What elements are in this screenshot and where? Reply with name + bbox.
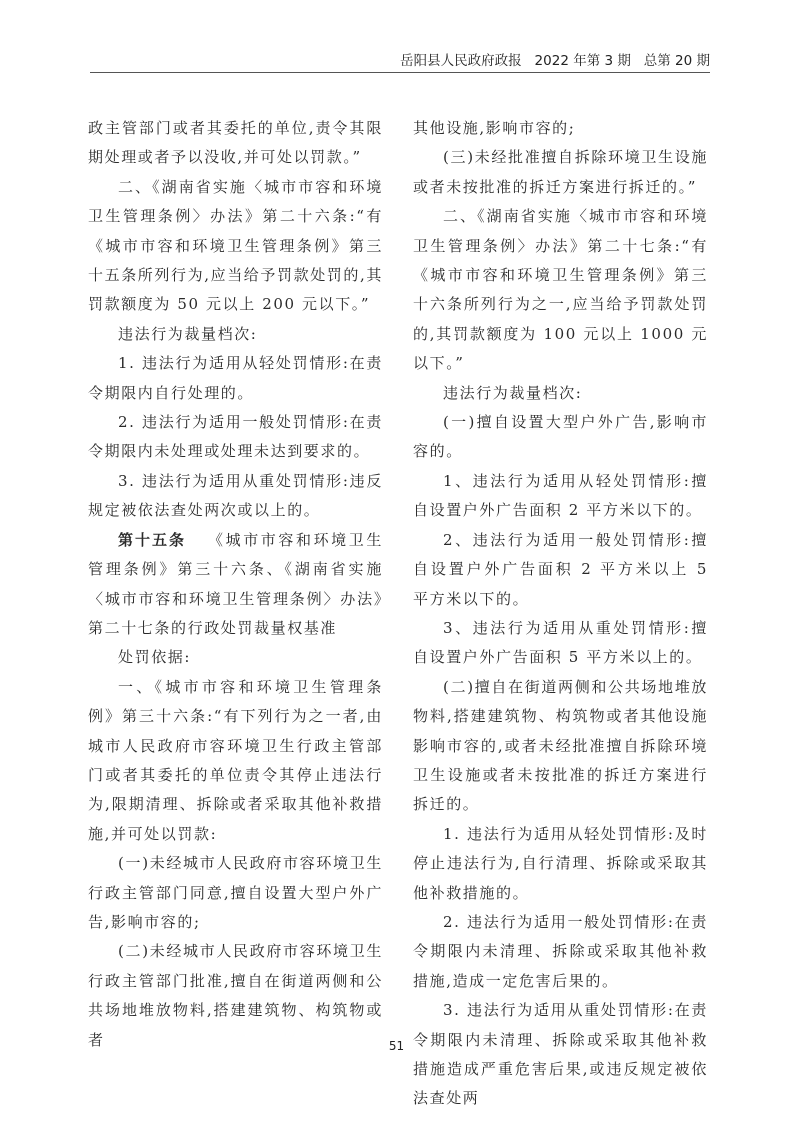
left-column: 政主管部门或者其委托的单位,责令其限期处理或者予以没收,并可处以罚款。” 二、《… — [88, 114, 383, 1055]
paragraph: 2. 违法行为适用一般处罚情形:在责令期限内未清理、拆除或采取其他补救措施,造成… — [413, 908, 708, 996]
paragraph: 2. 违法行为适用一般处罚情形:在责令期限内未处理或处理未达到要求的。 — [88, 408, 383, 467]
paragraph: 一、《城市市容和环境卫生管理条例》第三十六条:“有下列行为之一者,由城市人民政府… — [88, 673, 383, 849]
article-label: 第十五条 — [118, 531, 186, 549]
paragraph: 1、违法行为适用从轻处罚情形:擅自设置户外广告面积 2 平方米以下的。 — [413, 467, 708, 526]
paragraph: (三)未经批准擅自拆除环境卫生设施或者未按批准的拆迁方案进行拆迁的。” — [413, 143, 708, 202]
paragraph: 其他设施,影响市容的; — [413, 114, 708, 143]
paragraph: 1. 违法行为适用从轻处罚情形:在责令期限内自行处理的。 — [88, 349, 383, 408]
paragraph: (二)擅自在街道两侧和公共场地堆放物料,搭建建筑物、构筑物或者其他设施影响市容的… — [413, 673, 708, 820]
article-paragraph: 第十五条《城市市容和环境卫生管理条例》第三十六条、《湖南省实施〈城市市容和环境卫… — [88, 526, 383, 644]
paragraph: 二、《湖南省实施〈城市市容和环境卫生管理条例〉办法》第二十七条:“有《城市市容和… — [413, 202, 708, 378]
paragraph: 违法行为裁量档次: — [88, 320, 383, 349]
paragraph: 3、违法行为适用从重处罚情形:擅自设置户外广告面积 5 平方米以上的。 — [413, 614, 708, 673]
running-header: 岳阳县人民政府政报 2022 年第 3 期 总第 20 期 — [90, 50, 710, 73]
paragraph: 3. 违法行为适用从重处罚情形:在责令期限内未清理、拆除或采取其他补救措施造成严… — [413, 996, 708, 1114]
paragraph: (一)未经城市人民政府市容环境卫生行政主管部门同意,擅自设置大型户外广告,影响市… — [88, 849, 383, 937]
paragraph: 1. 违法行为适用从轻处罚情形:及时停止违法行为,自行清理、拆除或采取其他补救措… — [413, 820, 708, 908]
paragraph: 二、《湖南省实施〈城市市容和环境卫生管理条例〉办法》第二十六条:“有《城市市容和… — [88, 173, 383, 320]
right-column: 其他设施,影响市容的; (三)未经批准擅自拆除环境卫生设施或者未按批准的拆迁方案… — [413, 114, 708, 1114]
paragraph: 处罚依据: — [88, 643, 383, 672]
paragraph: 政主管部门或者其委托的单位,责令其限期处理或者予以没收,并可处以罚款。” — [88, 114, 383, 173]
page-number: 51 — [0, 1039, 793, 1053]
paragraph: (二)未经城市人民政府市容环境卫生行政主管部门批准,擅自在街道两侧和公共场地堆放… — [88, 937, 383, 1055]
paragraph: 2、违法行为适用一般处罚情形:擅自设置户外广告面积 2 平方米以上 5 平方米以… — [413, 526, 708, 614]
paragraph: 3. 违法行为适用从重处罚情形:违反规定被依法查处两次或以上的。 — [88, 467, 383, 526]
paragraph: (一)擅自设置大型户外广告,影响市容的。 — [413, 408, 708, 467]
paragraph: 违法行为裁量档次: — [413, 379, 708, 408]
